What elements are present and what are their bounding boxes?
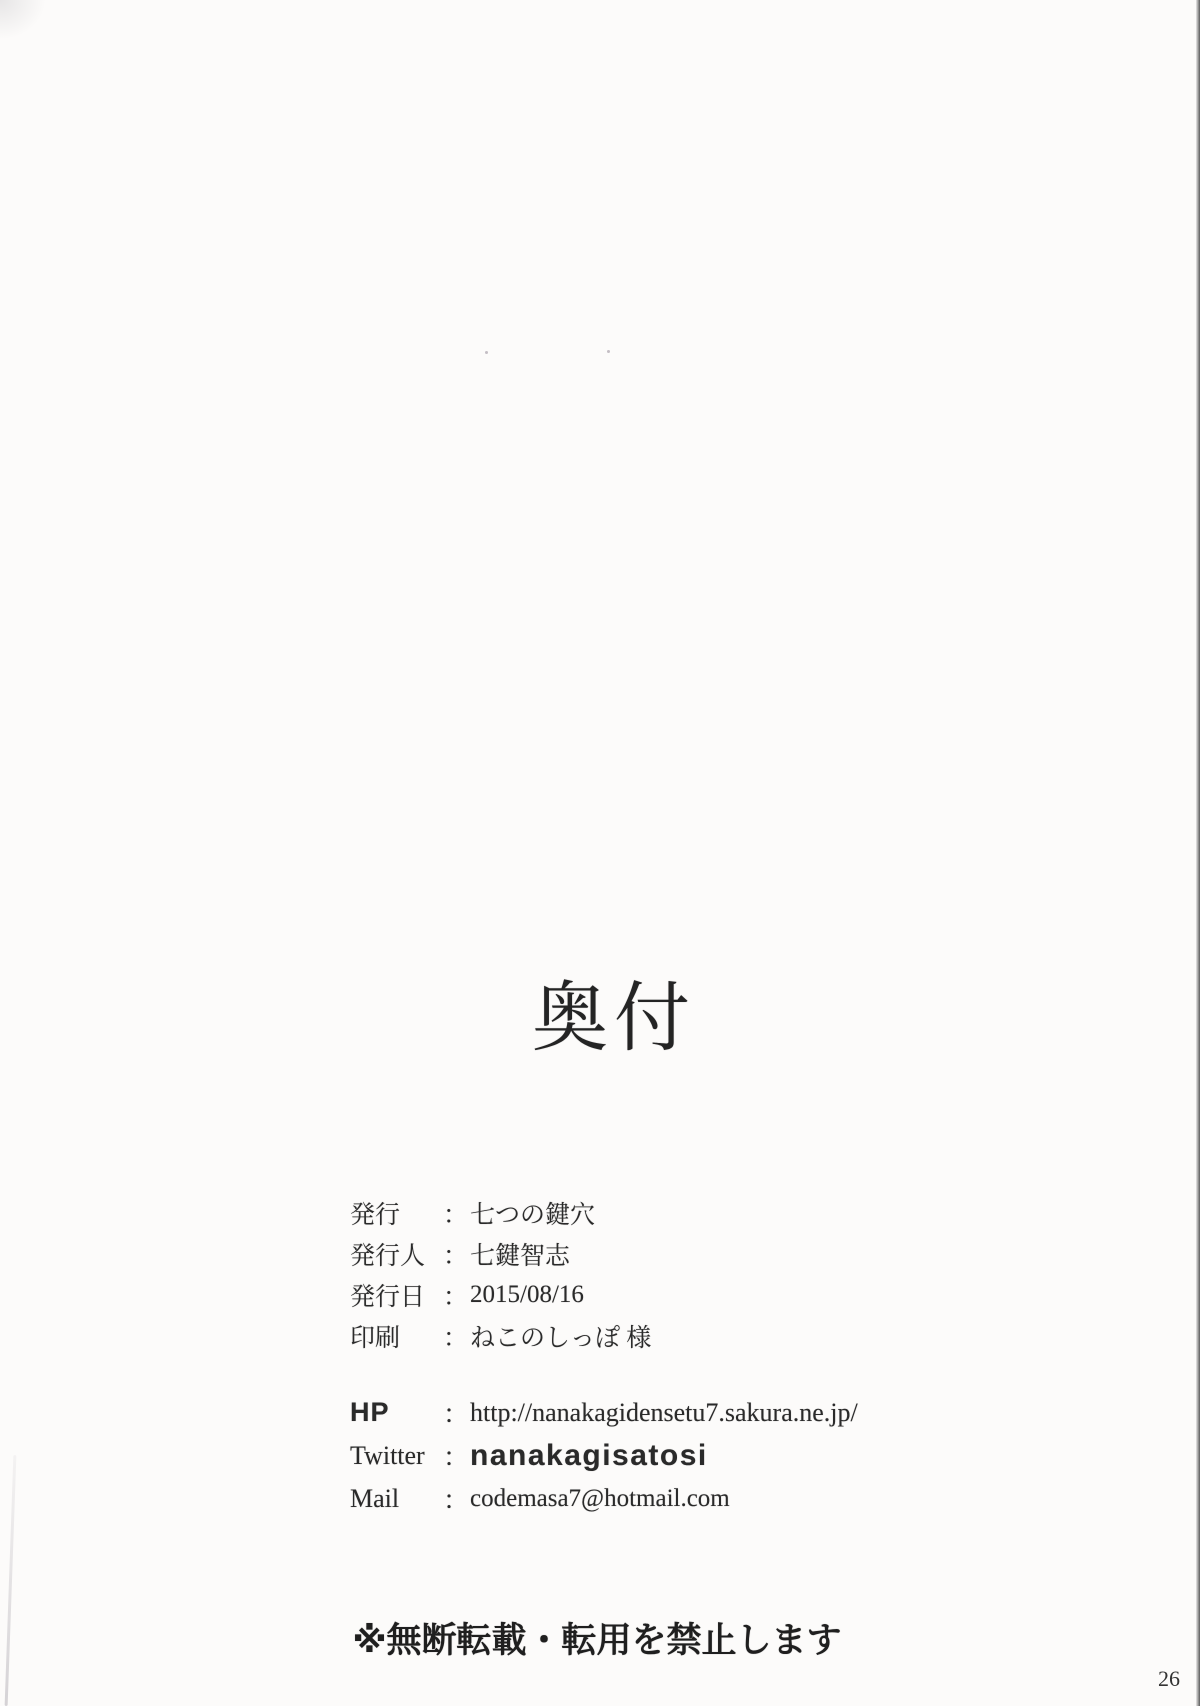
field-value: 七つの鍵穴 xyxy=(470,1195,595,1231)
field-label: 発行人 xyxy=(350,1236,443,1272)
colophon-row-publisher: 発行 ： 七つの鍵穴 xyxy=(350,1192,651,1233)
page-title: 奥付 xyxy=(532,981,696,1057)
field-colon: ： xyxy=(443,1480,470,1517)
field-label: 発行 xyxy=(350,1195,443,1231)
field-value: ねこのしっぽ 様 xyxy=(470,1318,651,1354)
scan-speck xyxy=(485,351,488,354)
scan-edge-line xyxy=(1196,0,1200,1706)
field-colon: ： xyxy=(443,1394,470,1431)
contact-row-twitter: Twitter ： nanakagisatosi xyxy=(350,1434,858,1477)
field-colon: ： xyxy=(443,1437,470,1474)
field-colon: ： xyxy=(443,1318,470,1354)
scan-corner-smudge xyxy=(0,0,46,40)
field-value: 七鍵智志 xyxy=(470,1236,570,1272)
field-label: 印刷 xyxy=(350,1318,443,1354)
field-value: 2015/08/16 xyxy=(470,1281,584,1309)
field-colon: ： xyxy=(443,1195,470,1231)
contact-list: HP ： http://nanakagidensetu7.sakura.ne.j… xyxy=(350,1391,858,1520)
hp-url: http://nanakagidensetu7.sakura.ne.jp/ xyxy=(470,1398,858,1428)
colophon-row-date: 発行日 ： 2015/08/16 xyxy=(350,1274,651,1315)
field-label: Mail xyxy=(350,1484,443,1514)
field-label: Twitter xyxy=(350,1441,443,1471)
field-colon: ： xyxy=(443,1236,470,1272)
page-number: 26 xyxy=(1158,1666,1180,1692)
contact-row-mail: Mail ： codemasa7@hotmail.com xyxy=(350,1477,858,1520)
field-label: 発行日 xyxy=(350,1277,443,1313)
scan-speck xyxy=(607,350,610,353)
field-colon: ： xyxy=(443,1277,470,1313)
mail-address: codemasa7@hotmail.com xyxy=(470,1485,730,1513)
field-label: HP xyxy=(350,1397,443,1428)
colophon-list: 発行 ： 七つの鍵穴 発行人 ： 七鍵智志 発行日 ： 2015/08/16 印… xyxy=(350,1192,651,1356)
contact-row-hp: HP ： http://nanakagidensetu7.sakura.ne.j… xyxy=(350,1391,858,1434)
colophon-row-printer: 印刷 ： ねこのしっぽ 様 xyxy=(350,1315,651,1356)
reprint-prohibition-notice: ※無断転載・転用を禁止します xyxy=(352,1622,841,1661)
colophon-row-author: 発行人 ： 七鍵智志 xyxy=(350,1233,651,1274)
twitter-handle: nanakagisatosi xyxy=(470,1439,708,1473)
scan-smudge xyxy=(5,1455,17,1706)
colophon-page: 奥付 発行 ： 七つの鍵穴 発行人 ： 七鍵智志 発行日 ： 2015/08/1… xyxy=(0,0,1200,1706)
